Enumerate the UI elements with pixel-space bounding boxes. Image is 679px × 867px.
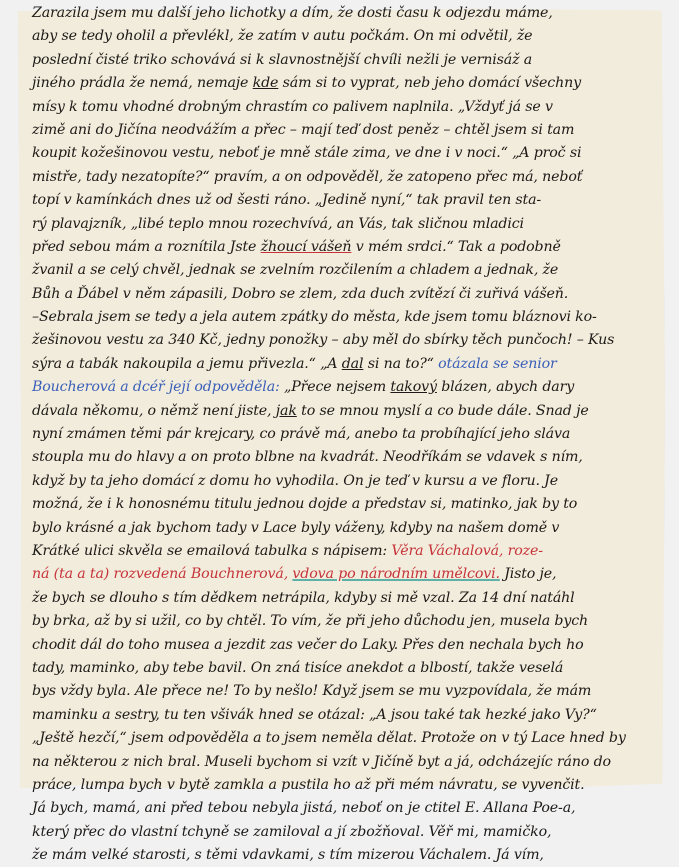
text-line-11: před sebou mám a roznítila Jste žhoucí v… [32,236,662,259]
text-segment: by brka, až by si užil, co by chtěl. To … [32,613,588,629]
text-line-10: rý plavajzník, „libé teplo mnou rozechví… [32,213,662,236]
text-line-6: zimě ani do Jičína neodvážím a přec – ma… [32,119,662,142]
text-line-20: stoupla mu do hlavy a on proto blbne na … [32,446,662,469]
underlined-word: jak [276,403,297,419]
text-segment: „Ještě hezčí,“ jsem odpověděla a to jsem… [32,730,626,746]
text-line-13: Bůh a Ďábel v něm zápasili, Dobro se zle… [32,283,662,306]
text-segment: maminku a sestry, tu ten všivák hned se … [32,707,597,723]
text-line-19: nyní zmámen těmi pár krejcary, co právě … [32,423,662,446]
text-segment: sám si to vyprat, neb jeho domácí všechn… [278,75,581,91]
text-line-31: maminku a sestry, tu ten všivák hned se … [32,704,662,727]
underlined-word: kde [253,75,279,91]
text-line-18: dávala někomu, o němž není jiste, jak to… [32,400,662,423]
text-segment: jiného prádla že nemá, nemaje [32,75,253,91]
text-line-7: koupit kožešinovou vestu, neboť je mně s… [32,142,662,165]
text-line-14: –Sebrala jsem se tedy a jela autem zpátk… [32,306,662,329]
text-line-29: tady, maminko, aby tebe bavil. On zná ti… [32,657,662,680]
text-segment: když by ta jeho domácí z domu ho vyhodil… [32,473,558,489]
text-segment: to se mnou myslí a co bude dále. Snad je [297,403,589,419]
text-line-34: práce, lumpa bych v bytě zamkla a pustil… [32,774,662,797]
text-line-9: topí v kamínkách dnes už od šesti ráno. … [32,189,662,212]
text-line-4: jiného prádla že nemá, nemaje kde sám si… [32,72,662,95]
text-segment: bys vždy byla. Ale přece ne! To by nešlo… [32,683,591,699]
text-line-30: bys vždy byla. Ale přece ne! To by nešlo… [32,680,662,703]
text-line-2: aby se tedy oholil a převlékl, že zatím … [32,25,662,48]
text-segment: si na to?“ [363,356,438,372]
text-segment: poslední čisté triko schovává si k slavn… [32,52,532,68]
text-segment: stoupla mu do hlavy a on proto blbne na … [32,449,583,465]
text-line-22: možná, že i k honosnému titulu jednou do… [32,493,662,516]
text-segment: topí v kamínkách dnes už od šesti ráno. … [32,192,541,208]
text-segment: Jisto je, [500,566,557,582]
text-line-16: sýra a tabák nakoupila a jemu přivezla.“… [32,353,662,376]
text-line-12: žvanil a se celý chvěl, jednak se zvelní… [32,259,662,282]
red-ink-phrase: Věra Váchalová, roze- [391,543,542,559]
text-segment: nyní zmámen těmi pár krejcary, co právě … [32,426,570,442]
text-line-28: chodit dál do toho musea a jezdit zas ve… [32,634,662,657]
text-segment: žešinovou vestu za 340 Kč, jedny ponožky… [32,332,614,348]
red-ink-phrase: ná (ta a ta) rozvedená Bouchnerová, [32,566,292,582]
text-line-27: by brka, až by si užil, co by chtěl. To … [32,610,662,633]
text-line-15: žešinovou vestu za 340 Kč, jedny ponožky… [32,329,662,352]
blue-ink-phrase: otázala se senior [438,356,556,372]
blue-ink-phrase: Boucherová a dcéř její odpověděla: [32,379,280,395]
text-line-3: poslední čisté triko schovává si k slavn… [32,49,662,72]
text-segment: Bůh a Ďábel v něm zápasili, Dobro se zle… [32,286,568,302]
text-segment: „Přece nejsem [280,379,391,395]
text-segment: aby se tedy oholil a převlékl, že zatím … [32,28,532,44]
underlined-word: dal [342,356,364,372]
text-segment: blázen, abych dary [437,379,574,395]
text-segment: mistře, tady nezatopíte?“ pravím, a on o… [32,169,582,185]
text-segment: koupit kožešinovou vestu, neboť je mně s… [32,145,581,161]
text-segment: bylo krásné a jak bychom tady v Lace byl… [32,520,559,536]
text-line-32: „Ještě hezčí,“ jsem odpověděla a to jsem… [32,727,662,750]
text-line-17: Boucherová a dcéř její odpověděla: „Přec… [32,376,662,399]
text-segment: žvanil a se celý chvěl, jednak se zvelní… [32,262,558,278]
text-line-5: mísy k tomu vhodné drobným chrastím co p… [32,96,662,119]
text-segment: rý plavajzník, „libé teplo mnou rozechví… [32,216,524,232]
text-line-21: když by ta jeho domácí z domu ho vyhodil… [32,470,662,493]
text-segment: Zarazila jsem mu další jeho lichotky a d… [32,5,553,21]
manuscript-text: Zarazila jsem mu další jeho lichotky a d… [32,2,662,800]
underlined-word: takový [390,379,436,395]
text-segment: tady, maminko, aby tebe bavil. On zná ti… [32,660,563,676]
text-segment: sýra a tabák nakoupila a jemu přivezla.“… [32,356,342,372]
red-underlined-phrase: žhoucí vášeň [261,239,352,255]
text-segment: –Sebrala jsem se tedy a jela autem zpátk… [32,309,597,325]
text-segment: mísy k tomu vhodné drobným chrastím co p… [32,99,553,115]
text-segment: práce, lumpa bych v bytě zamkla a pustil… [32,777,584,793]
text-segment: v mém srdci.“ Tak a podobně [351,239,560,255]
text-line-8: mistře, tady nezatopíte?“ pravím, a on o… [32,166,662,189]
red-ink-teal-underlined-phrase: vdova po národním umělcovi. [292,566,499,582]
text-segment: před sebou mám a roznítila Jste [32,239,261,255]
text-segment: na některou z nich bral. Museli bychom s… [32,754,611,770]
text-line-24: Krátké ulici skvěla se emailová tabulka … [32,540,662,563]
text-segment: chodit dál do toho musea a jezdit zas ve… [32,637,583,653]
text-line-23: bylo krásné a jak bychom tady v Lace byl… [32,517,662,540]
text-segment: že bych se dlouho s tím dědkem netrápila… [32,590,575,606]
text-line-25: ná (ta a ta) rozvedená Bouchnerová, vdov… [32,563,662,586]
text-line-33: na některou z nich bral. Museli bychom s… [32,751,662,774]
text-segment: dávala někomu, o němž není jiste, [32,403,276,419]
text-segment: zimě ani do Jičína neodvážím a přec – ma… [32,122,574,138]
text-segment: možná, že i k honosnému titulu jednou do… [32,496,577,512]
text-segment: Krátké ulici skvěla se emailová tabulka … [32,543,391,559]
text-line-1: Zarazila jsem mu další jeho lichotky a d… [32,2,662,25]
text-line-26: že bych se dlouho s tím dědkem netrápila… [32,587,662,610]
